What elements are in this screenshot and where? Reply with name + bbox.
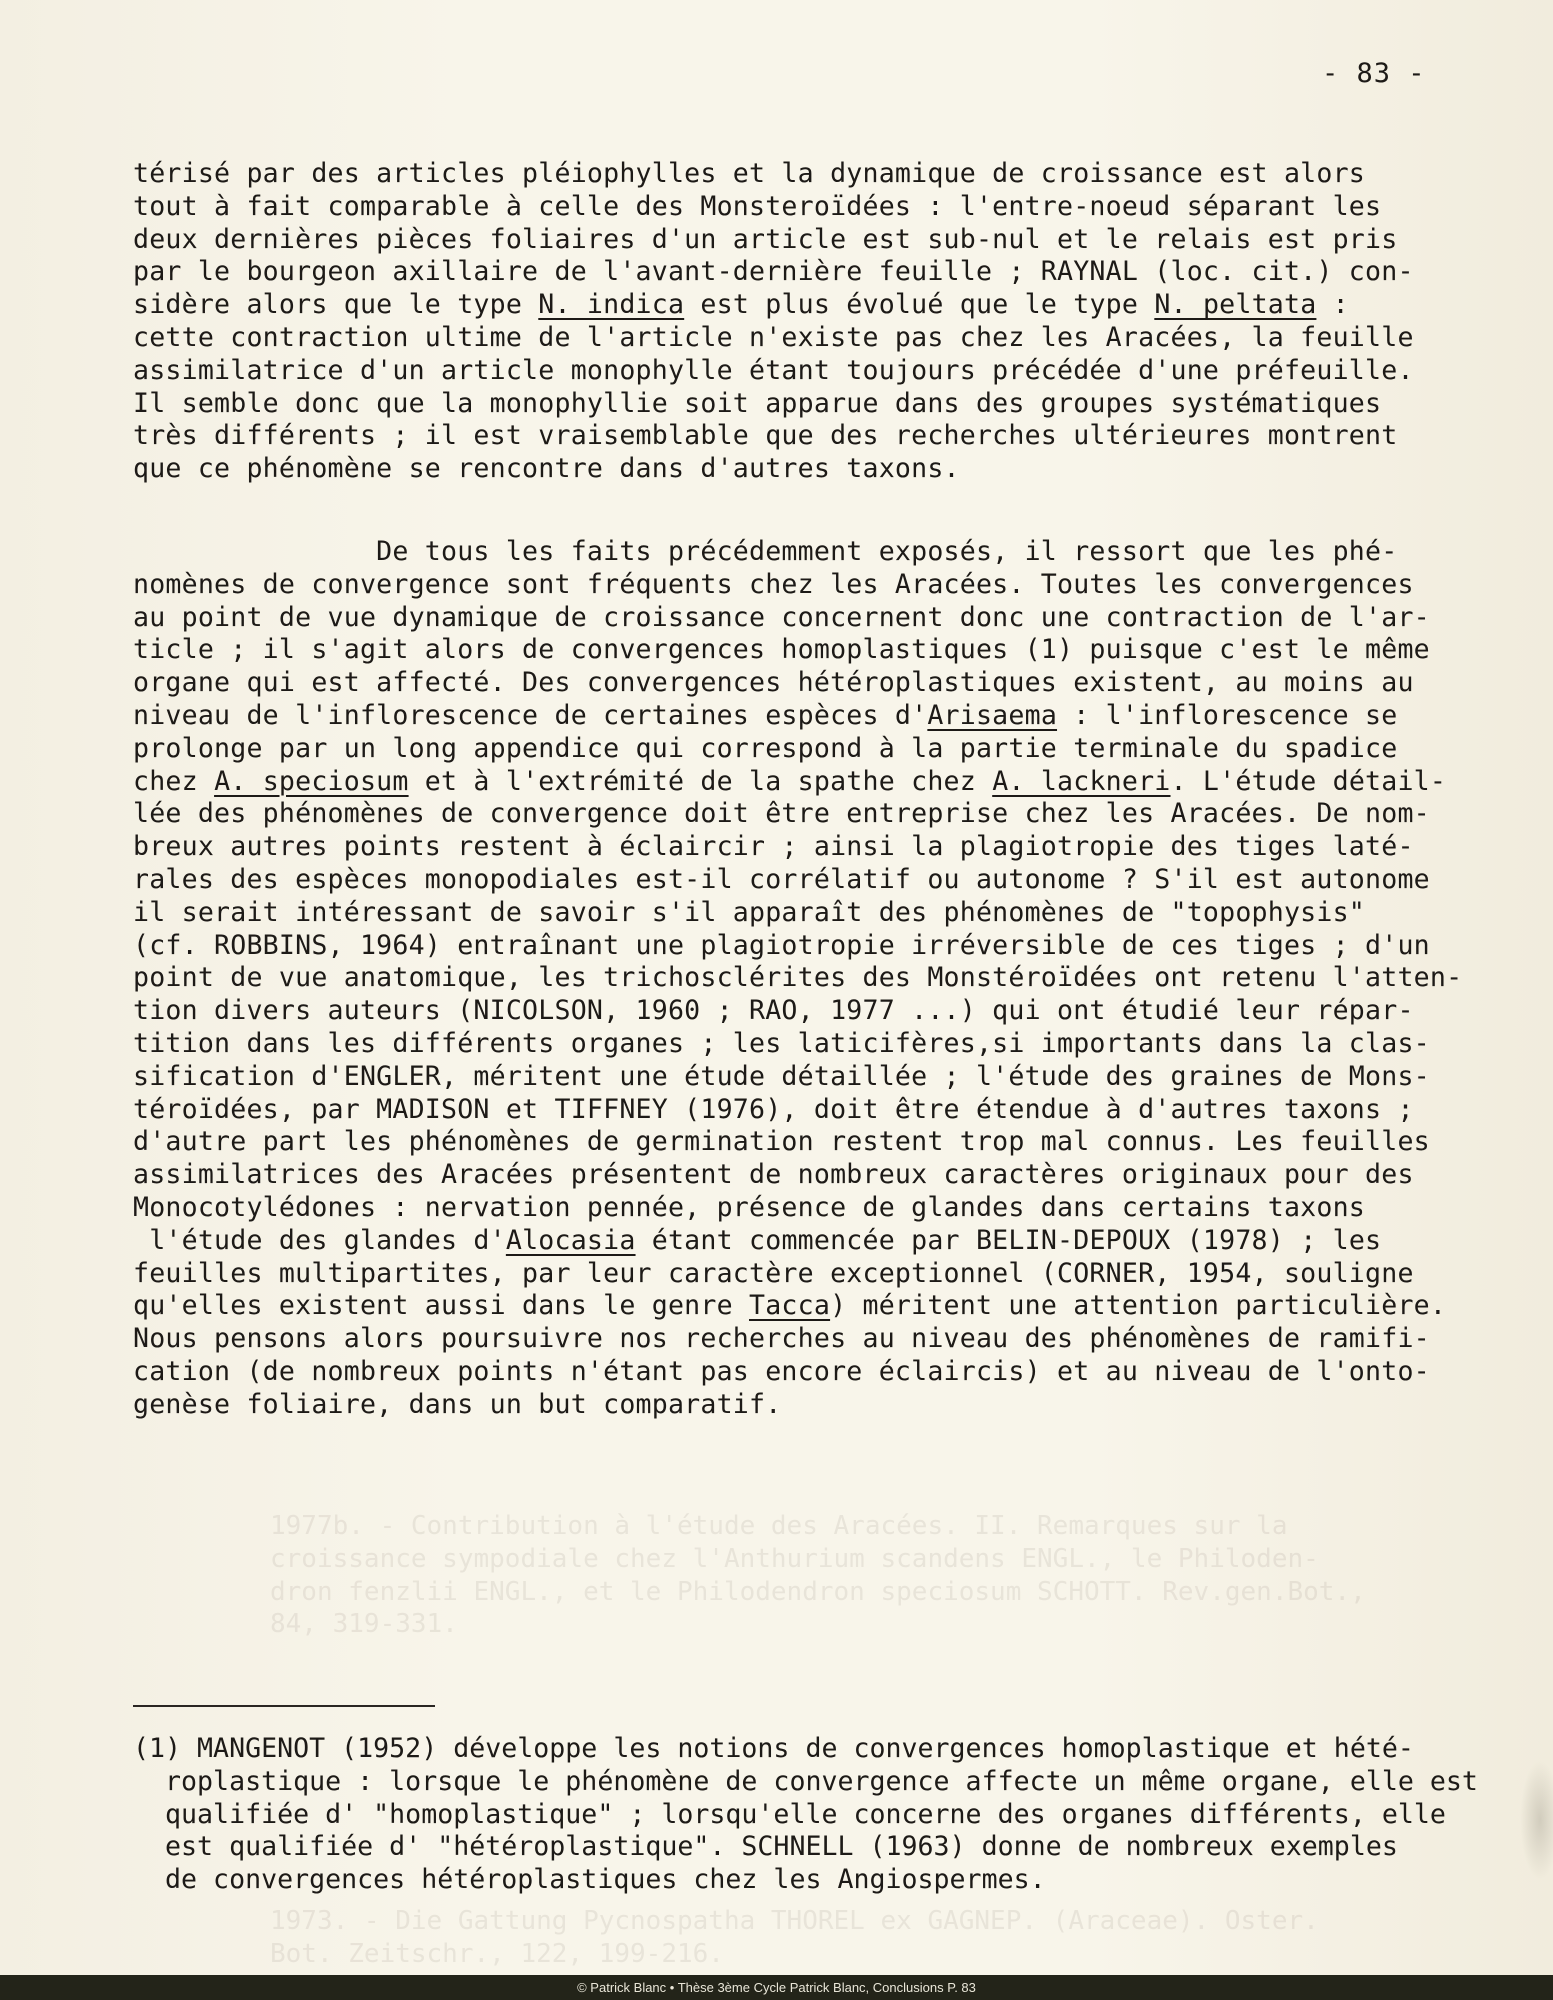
text-line: deux dernières pièces foliaires d'un art… [133, 224, 1414, 257]
underlined-taxon: N. indica [538, 289, 684, 320]
text-line: par le bourgeon axillaire de l'avant-der… [133, 256, 1414, 289]
text-line: feuilles multipartites, par leur caractè… [133, 1258, 1462, 1291]
text-line: De tous les faits précédemment exposés, … [133, 536, 1462, 569]
footnote: (1) MANGENOT (1952) développe les notion… [133, 1733, 1478, 1897]
text-line: lée des phénomènes de convergence doit ê… [133, 798, 1462, 831]
text-line: point de vue anatomique, les trichosclér… [133, 962, 1462, 995]
text-line: tition dans les différents organes ; les… [133, 1028, 1462, 1061]
paragraph-1: térisé par des articles pléiophylles et … [133, 158, 1414, 486]
text-line: de convergences hétéroplastiques chez le… [133, 1864, 1478, 1897]
text-line: est qualifiée d' "hétéroplastique". SCHN… [133, 1831, 1478, 1864]
paper-stain [1520, 1760, 1553, 1880]
copyright-footer: © Patrick Blanc • Thèse 3ème Cycle Patri… [0, 1975, 1553, 2000]
text-line: l'étude des glandes d'Alocasia étant com… [133, 1225, 1462, 1258]
page-number: - 83 - [1322, 58, 1426, 89]
text-line: cation (de nombreux points n'étant pas e… [133, 1356, 1462, 1389]
text-line: au point de vue dynamique de croissance … [133, 602, 1462, 635]
text-line: (1) MANGENOT (1952) développe les notion… [133, 1733, 1478, 1766]
text-line: assimilatrice d'un article monophylle ét… [133, 355, 1414, 388]
text-line: cette contraction ultime de l'article n'… [133, 322, 1414, 355]
text-line: térisé par des articles pléiophylles et … [133, 158, 1414, 191]
text-line: que ce phénomène se rencontre dans d'aut… [133, 453, 1414, 486]
text-line: prolonge par un long appendice qui corre… [133, 733, 1462, 766]
underlined-taxon: Tacca [749, 1290, 830, 1321]
scanned-page: - 83 - 1977b. - Contribution à l'étude d… [0, 0, 1553, 1975]
text-line: (cf. ROBBINS, 1964) entraînant une plagi… [133, 930, 1462, 963]
footer-text: © Patrick Blanc • Thèse 3ème Cycle Patri… [577, 1980, 976, 1995]
text-line: téroïdées, par MADISON et TIFFNEY (1976)… [133, 1094, 1462, 1127]
text-line: sification d'ENGLER, méritent une étude … [133, 1061, 1462, 1094]
text-line: tion divers auteurs (NICOLSON, 1960 ; RA… [133, 995, 1462, 1028]
text-line: rales des espèces monopodiales est-il co… [133, 864, 1462, 897]
text-line: Il semble donc que la monophyllie soit a… [133, 388, 1414, 421]
underlined-taxon: A. speciosum [214, 766, 409, 797]
text-line: Nous pensons alors poursuivre nos recher… [133, 1323, 1462, 1356]
underlined-taxon: Arisaema [927, 700, 1057, 731]
text-line: Monocotylédones : nervation pennée, prés… [133, 1192, 1462, 1225]
text-line: breux autres points restent à éclaircir … [133, 831, 1462, 864]
text-line: roplastique : lorsque le phénomène de co… [133, 1766, 1478, 1799]
text-line: niveau de l'inflorescence de certaines e… [133, 700, 1462, 733]
text-line: genèse foliaire, dans un but comparatif. [133, 1389, 1462, 1422]
underlined-taxon: A. lackneri [992, 766, 1170, 797]
text-line: assimilatrices des Aracées présentent de… [133, 1159, 1462, 1192]
underlined-taxon: N. peltata [1154, 289, 1316, 320]
bleed-through-text: 1977b. - Contribution à l'étude des Arac… [270, 1510, 1366, 1641]
text-line: sidère alors que le type N. indica est p… [133, 289, 1414, 322]
text-line: il serait intéressant de savoir s'il app… [133, 897, 1462, 930]
text-line: d'autre part les phénomènes de germinati… [133, 1126, 1462, 1159]
text-line: ticle ; il s'agit alors de convergences … [133, 634, 1462, 667]
text-line: très différents ; il est vraisemblable q… [133, 420, 1414, 453]
text-line: qualifiée d' "homoplastique" ; lorsqu'el… [133, 1799, 1478, 1832]
text-line: nomènes de convergence sont fréquents ch… [133, 569, 1462, 602]
paragraph-2: De tous les faits précédemment exposés, … [133, 536, 1462, 1422]
text-line: qu'elles existent aussi dans le genre Ta… [133, 1290, 1462, 1323]
text-line: organe qui est affecté. Des convergences… [133, 667, 1462, 700]
text-line: tout à fait comparable à celle des Monst… [133, 191, 1414, 224]
footnote-separator [133, 1705, 435, 1707]
bleed-through-text: 1973. - Die Gattung Pycnospatha THOREL e… [270, 1905, 1319, 1971]
text-line: chez A. speciosum et à l'extrémité de la… [133, 766, 1462, 799]
underlined-taxon: Alocasia [506, 1225, 636, 1256]
